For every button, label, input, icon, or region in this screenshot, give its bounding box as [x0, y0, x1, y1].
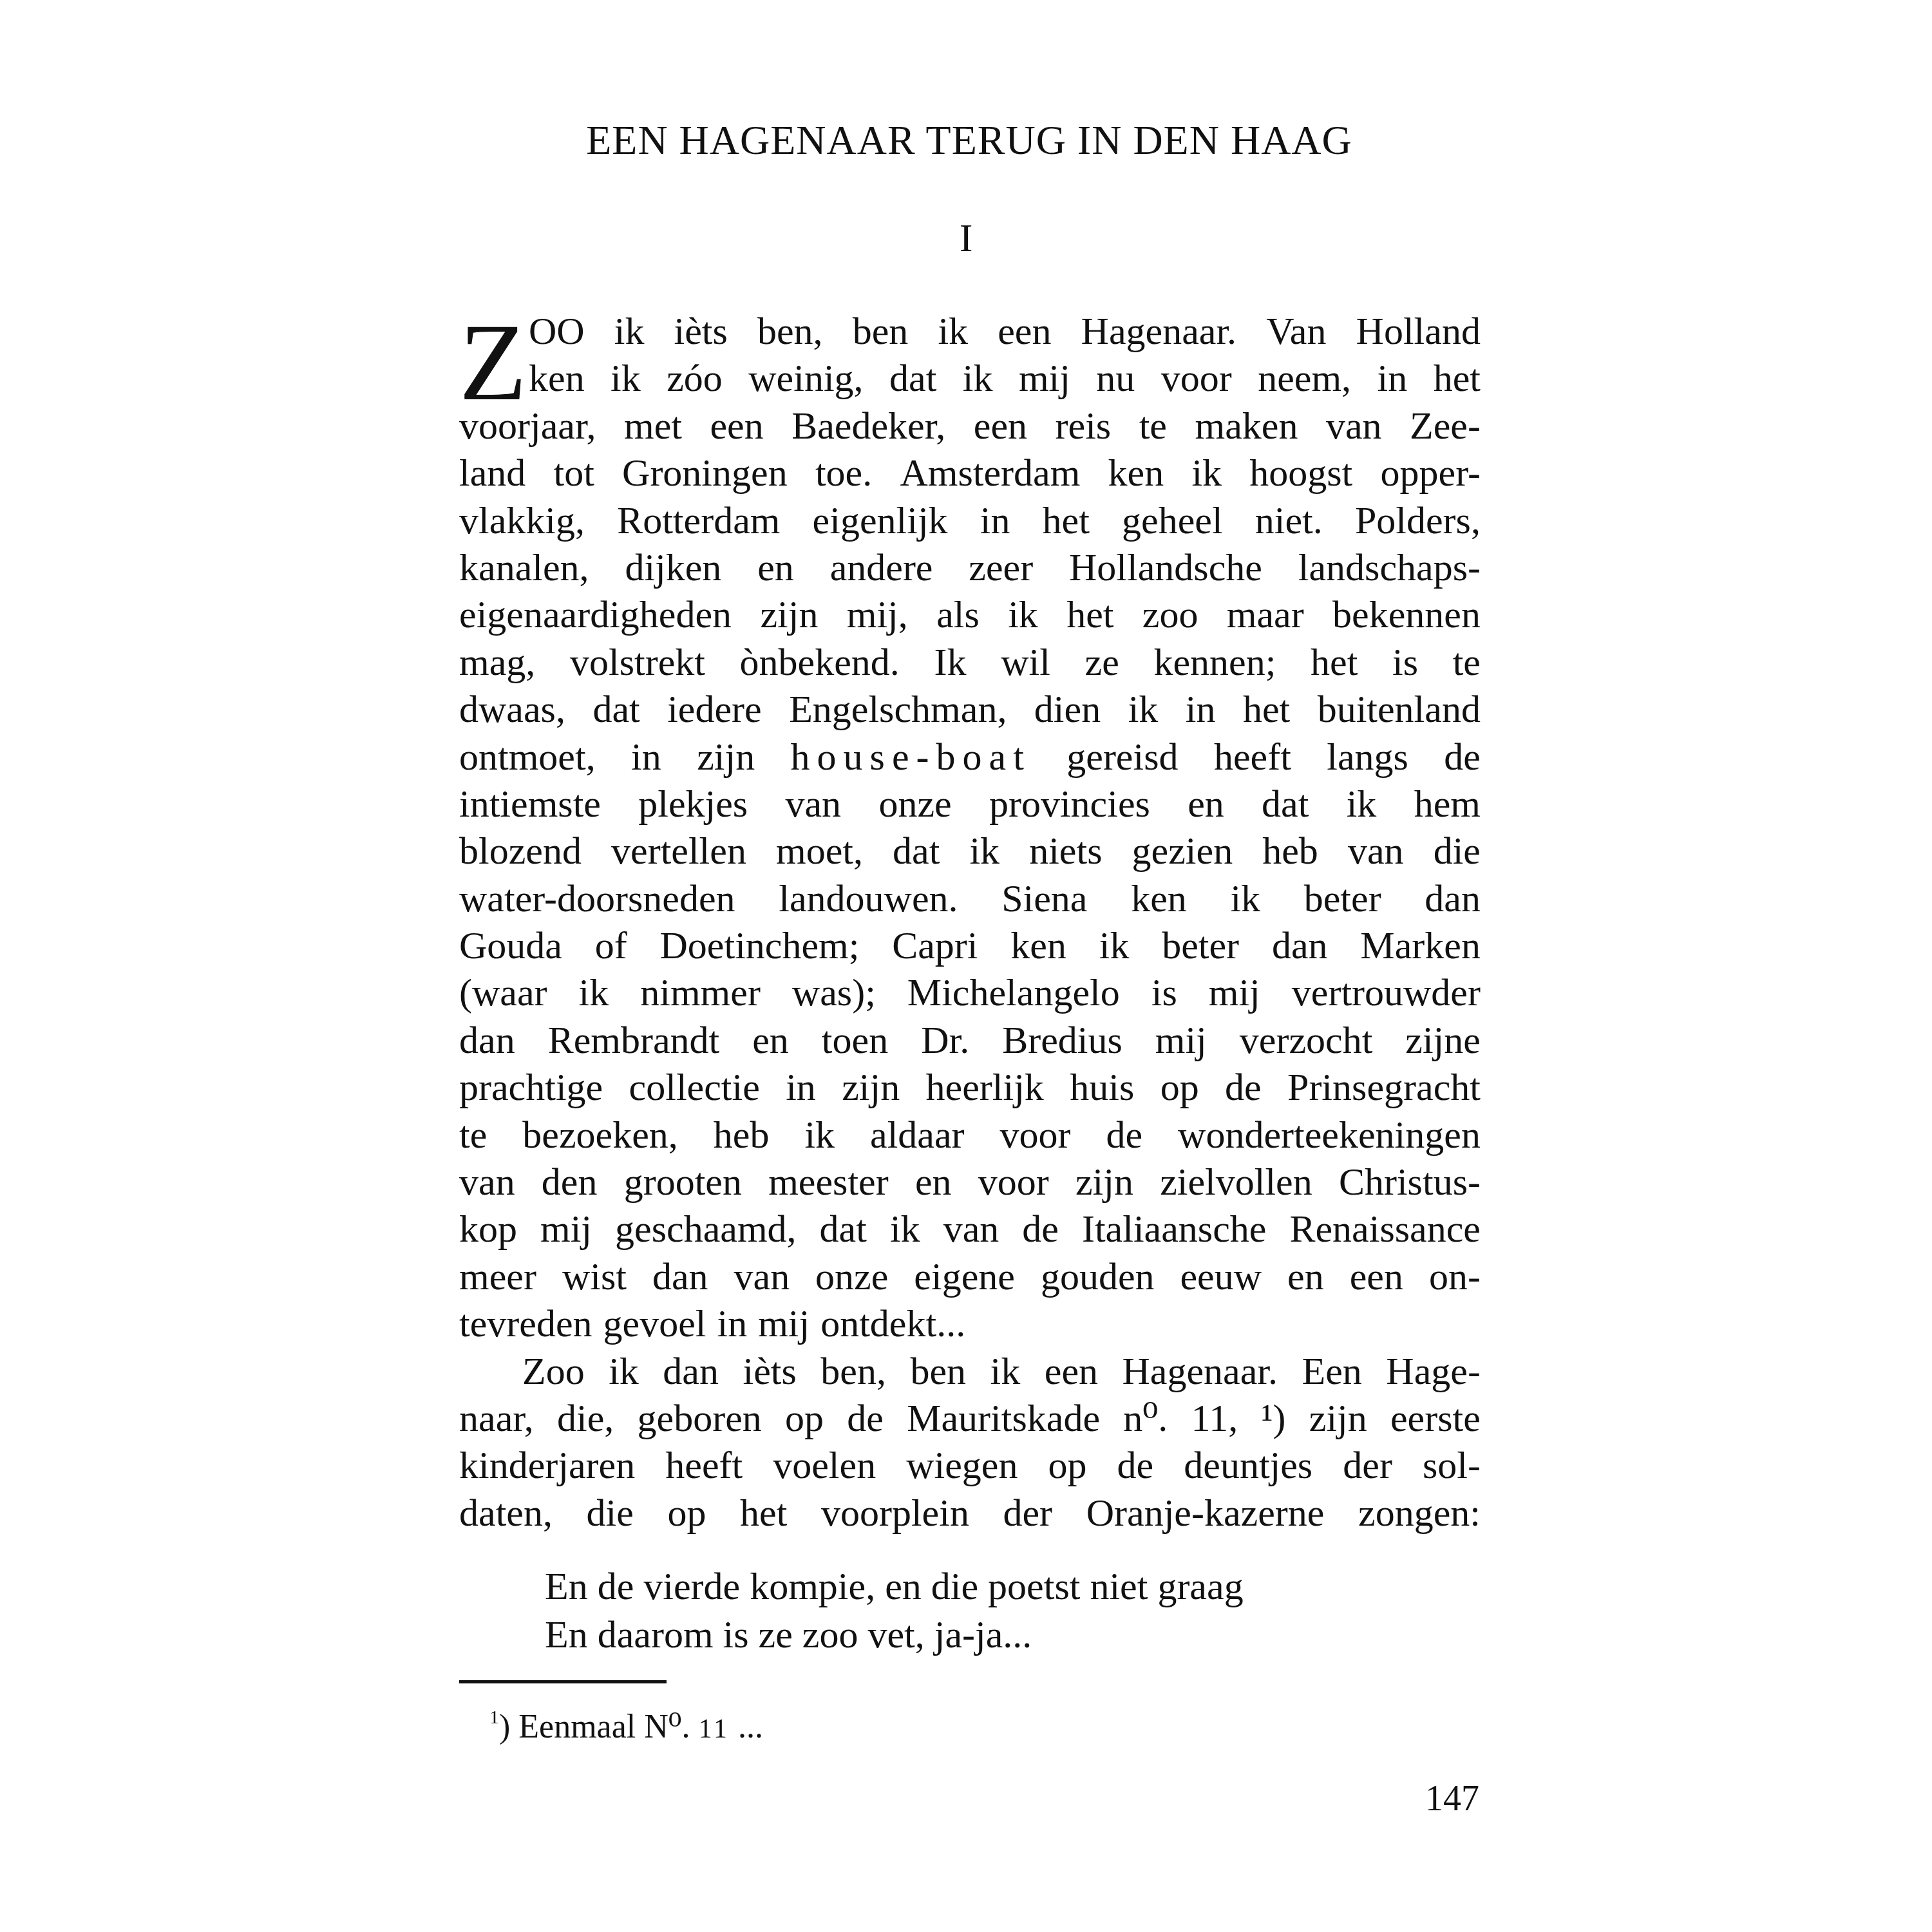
word: ben, [820, 1348, 886, 1395]
word: voorplein [821, 1490, 969, 1537]
word: de [1106, 1112, 1143, 1159]
word: kinderjaren [459, 1442, 635, 1489]
word: ken [1131, 875, 1187, 922]
text-line: blozendvertellenmoet,datiknietsgezienheb… [459, 828, 1481, 875]
song-verse: En de vierde kompie, en die poetst niet … [545, 1562, 1244, 1659]
footnote-marker: 1 [489, 1707, 499, 1728]
word: verzocht [1240, 1017, 1373, 1064]
word: maar [1227, 591, 1304, 638]
word: gouden [1041, 1253, 1155, 1300]
word: het [1311, 639, 1358, 686]
word: dwaas, [459, 686, 565, 733]
word: de [1022, 1206, 1059, 1253]
word: Renaissance [1289, 1206, 1481, 1253]
word: tevreden [459, 1300, 592, 1347]
word: ik [890, 1206, 920, 1253]
word: provincies [989, 781, 1150, 828]
word: wonderteekeningen [1178, 1112, 1481, 1159]
word: Doetinchem; [660, 922, 860, 969]
footnote-divider [459, 1680, 667, 1683]
word: ik [938, 308, 968, 355]
word: andere [830, 544, 933, 591]
word: iedere [667, 686, 762, 733]
word: in [786, 1064, 816, 1111]
word: toen [822, 1017, 888, 1064]
word: zijne [1405, 1017, 1481, 1064]
body-text: OOikiètsben,benikeenHagenaar.VanHollandk… [459, 308, 1481, 1537]
word: Michelangelo [907, 969, 1120, 1016]
word: plekjes [638, 781, 748, 828]
word: met [624, 402, 682, 450]
word: die, [557, 1395, 614, 1442]
word: gezien [1132, 828, 1233, 875]
word: een [998, 308, 1051, 355]
word: moet, [776, 828, 863, 875]
footnote: 1) Eenmaal N⁰. 11 ... [489, 1695, 763, 1752]
page-number: 147 [1391, 1776, 1479, 1821]
word: Amsterdam [900, 450, 1080, 497]
text-line: naar,die,geborenopdeMauritskaden⁰.11,¹)z… [459, 1395, 1481, 1442]
word: zijn [1309, 1395, 1367, 1442]
word: beter [1304, 875, 1381, 922]
word: ik [969, 828, 999, 875]
word: dat [889, 355, 936, 402]
text-line: meerwistdanvanonzeeigenegoudeneeuweneeno… [459, 1253, 1481, 1300]
word: dan [652, 1253, 708, 1300]
word: kop [459, 1206, 517, 1253]
word: heerlijk [926, 1064, 1044, 1111]
word: hem [1414, 781, 1481, 828]
word: Mauritskade [907, 1395, 1100, 1442]
word: het [1434, 355, 1481, 402]
word: dan [663, 1348, 719, 1395]
word: mag, [459, 639, 535, 686]
text-line: GoudaofDoetinchem;CaprikenikbeterdanMark… [459, 922, 1481, 969]
word: reis [1056, 402, 1112, 450]
text-line: voorjaar,meteenBaedeker,eenreistemakenva… [459, 402, 1481, 450]
book-page: EEN HAGENAAR TERUG IN DEN HAAG I Z OOiki… [0, 0, 1932, 1932]
text-line: tebezoeken,hebikaldaarvoordewonderteeken… [459, 1112, 1481, 1159]
word: van [1348, 828, 1404, 875]
word: ik [990, 1348, 1021, 1395]
verse-line: En de vierde kompie, en die poetst niet … [545, 1562, 1244, 1611]
word: eeuw [1180, 1253, 1262, 1300]
word: dat [893, 828, 940, 875]
word: kennen; [1153, 639, 1276, 686]
word: nimmer [640, 969, 761, 1016]
word: het [1066, 591, 1113, 638]
word: heb [714, 1112, 770, 1159]
text-line: OOikiètsben,benikeenHagenaar.VanHolland [459, 308, 1481, 355]
word: te [1139, 402, 1167, 450]
word: ben [853, 308, 909, 355]
word: geheel [1122, 497, 1223, 544]
word: zeer [969, 544, 1033, 591]
word: nu [1096, 355, 1135, 402]
word: onze [815, 1253, 888, 1300]
word: maken [1195, 402, 1298, 450]
word: ¹) [1262, 1395, 1286, 1442]
word: toe. [815, 450, 872, 497]
word: huis [1070, 1064, 1134, 1111]
word: daten, [459, 1490, 553, 1537]
word: voelen [773, 1442, 876, 1489]
word: on- [1429, 1253, 1481, 1300]
word: in [1186, 686, 1216, 733]
text-line: kopmijgeschaamd,datikvandeItaliaanscheRe… [459, 1206, 1481, 1253]
word: die [587, 1490, 634, 1537]
text-line: Zooikdaniètsben,benikeenHagenaar.EenHage… [459, 1348, 1481, 1395]
text-line: dwaas,datiedereEngelschman,dienikinhetbu… [459, 686, 1481, 733]
word: tot [554, 450, 594, 497]
word: en [752, 1017, 789, 1064]
word: niet. [1255, 497, 1323, 544]
word: een [1350, 1253, 1403, 1300]
word: Van [1266, 308, 1326, 355]
word: vertellen [611, 828, 746, 875]
text-line: vandengrootenmeesterenvoorzijnzielvollen… [459, 1159, 1481, 1206]
word: den [542, 1159, 598, 1206]
word: eigene [914, 1253, 1015, 1300]
word: eigenlijk [813, 497, 948, 544]
word: land [459, 450, 526, 497]
word: dien [1034, 686, 1101, 733]
word: is [1392, 639, 1418, 686]
word: voor [1161, 355, 1232, 402]
word: ik [1008, 591, 1038, 638]
text-line: tevredengevoelinmijontdekt... [459, 1300, 1481, 1347]
word: te [459, 1112, 487, 1159]
word: ik [963, 355, 993, 402]
word: het [740, 1490, 787, 1537]
word: niets [1029, 828, 1102, 875]
word: Hagenaar. [1081, 308, 1237, 355]
word: Zoo [522, 1348, 585, 1395]
text-line: danRembrandtentoenDr.Brediusmijverzochtz… [459, 1017, 1481, 1064]
word: dijken [625, 544, 721, 591]
word: Dr. [921, 1017, 969, 1064]
word: dan [459, 1017, 515, 1064]
text-line: daten,dieophetvoorpleinderOranje-kazerne… [459, 1490, 1481, 1537]
text-line: mag,volstrektònbekend.Ikwilzekennen;heti… [459, 639, 1481, 686]
word: Engelschman, [789, 686, 1007, 733]
word: geboren [638, 1395, 762, 1442]
word: van [459, 1159, 515, 1206]
word: sol- [1423, 1442, 1481, 1489]
word: Zee- [1410, 402, 1481, 450]
word: en [757, 544, 794, 591]
word: Hollandsche [1069, 544, 1262, 591]
word: ik [611, 355, 641, 402]
word: heeft [665, 1442, 743, 1489]
word: Italiaansche [1082, 1206, 1267, 1253]
word: landouwen. [779, 875, 958, 922]
word: eerste [1390, 1395, 1481, 1442]
word: meester [768, 1159, 889, 1206]
word: mij [1209, 969, 1260, 1016]
word: ik [1347, 781, 1377, 828]
word: weinig, [748, 355, 863, 402]
text-line: eigenaardighedenzijnmij,alsikhetzoomaarb… [459, 591, 1481, 638]
word: zoo [1142, 591, 1198, 638]
chapter-number: I [0, 213, 1932, 264]
word: Capri [892, 922, 978, 969]
text-line: kinderjarenheeftvoelenwiegenopdedeuntjes… [459, 1442, 1481, 1489]
word: ik [579, 969, 609, 1016]
word: ik [1230, 875, 1260, 922]
word: collectie [629, 1064, 760, 1111]
word: Holland [1356, 308, 1481, 355]
word: een [974, 402, 1027, 450]
word: opper- [1381, 450, 1481, 497]
word: mij [1019, 355, 1070, 402]
word: volstrekt [570, 639, 705, 686]
word: Christus- [1339, 1159, 1481, 1206]
word: buitenland [1318, 686, 1481, 733]
word: ontmoet, [459, 734, 596, 781]
word: dan [1272, 922, 1328, 969]
text-line: landtotGroningentoe.Amsterdamkenikhoogst… [459, 450, 1481, 497]
text-line: prachtigecollectieinzijnheerlijkhuisopde… [459, 1064, 1481, 1111]
word: ontdekt... [820, 1300, 965, 1347]
word: mij [1155, 1017, 1207, 1064]
word: Ik [934, 639, 967, 686]
word: ben, [757, 308, 823, 355]
word: de [1444, 734, 1481, 781]
word: zielvollen [1160, 1159, 1312, 1206]
word: in [980, 497, 1010, 544]
word: beter [1162, 922, 1239, 969]
word: wist [562, 1253, 627, 1300]
word: Marken [1360, 922, 1481, 969]
verse-line: En daarom is ze zoo vet, ja-ja... [545, 1611, 1244, 1659]
word: Rotterdam [617, 497, 780, 544]
text-line: intiemsteplekjesvanonzeprovinciesendatik… [459, 781, 1481, 828]
word: prachtige [459, 1064, 603, 1111]
word: van [1326, 402, 1382, 450]
word: de [1225, 1064, 1262, 1111]
word: wiegen [906, 1442, 1018, 1489]
word: mij [758, 1300, 810, 1347]
word: der [1003, 1490, 1052, 1537]
word: in [717, 1300, 747, 1347]
word: grooten [624, 1159, 742, 1206]
word: gereisd [1066, 734, 1178, 781]
word: bezoeken, [522, 1112, 678, 1159]
word: Oranje-kazerne [1086, 1490, 1325, 1537]
word: Bredius [1002, 1017, 1122, 1064]
word: voor [1000, 1112, 1071, 1159]
word: dat [592, 686, 639, 733]
word: op [1048, 1442, 1087, 1489]
word: als [936, 591, 980, 638]
text-line: kanalen,dijkenenanderezeerHollandschelan… [459, 544, 1481, 591]
word: in [631, 734, 661, 781]
word: Prinsegracht [1287, 1064, 1481, 1111]
page-title: EEN HAGENAAR TERUG IN DEN HAAG [0, 115, 1932, 166]
word: zóo [667, 355, 723, 402]
word: of [595, 922, 627, 969]
word: van [943, 1206, 999, 1253]
word: OO [529, 308, 585, 355]
word: mij, [847, 591, 908, 638]
word: Hage- [1386, 1348, 1481, 1395]
word: ben [910, 1348, 966, 1395]
word: landschaps- [1298, 544, 1481, 591]
word: aldaar [870, 1112, 965, 1159]
word: te [1453, 639, 1481, 686]
word: water-doorsneden [459, 875, 735, 922]
word: n⁰. [1123, 1395, 1168, 1442]
word: dan [1425, 875, 1481, 922]
word: op [785, 1395, 824, 1442]
word: ken [529, 355, 585, 402]
text-line: kenikzóoweinig,datikmijnuvoorneem,inhet [459, 355, 1481, 402]
word: ièts [743, 1348, 796, 1395]
word: ik [609, 1348, 639, 1395]
text-line: water-doorsnedenlandouwen.Sienakenikbete… [459, 875, 1481, 922]
word: in [1378, 355, 1408, 402]
word: hoogst [1249, 450, 1352, 497]
word: intiemste [459, 781, 601, 828]
word: deuntjes [1184, 1442, 1312, 1489]
word: wil [1001, 639, 1050, 686]
word: op [667, 1490, 706, 1537]
word: blozend [459, 828, 582, 875]
word: 11, [1191, 1395, 1238, 1442]
word: Baedeker, [791, 402, 945, 450]
text-line: ontmoet,inzijnhouse-boatgereisdheeftlang… [459, 734, 1481, 781]
word: zijn [697, 734, 755, 781]
word: de [1117, 1442, 1154, 1489]
word: ik [614, 308, 645, 355]
word: het [1043, 497, 1090, 544]
word: mij [540, 1206, 592, 1253]
word: vlakkig, [459, 497, 585, 544]
word: ònbekend. [740, 639, 900, 686]
word: ièts [674, 308, 728, 355]
text-line: vlakkig,Rotterdameigenlijkinhetgeheelnie… [459, 497, 1481, 544]
word: Hagenaar. [1122, 1348, 1278, 1395]
word: en [915, 1159, 952, 1206]
word: een [1045, 1348, 1098, 1395]
word: meer [459, 1253, 536, 1300]
word: van [734, 1253, 790, 1300]
word: zijn [760, 591, 818, 638]
word: der [1343, 1442, 1392, 1489]
word: eigenaardigheden [459, 591, 732, 638]
word: ken [1010, 922, 1066, 969]
word: kanalen, [459, 544, 589, 591]
word: en [1287, 1253, 1324, 1300]
word: Siena [1001, 875, 1087, 922]
word: house-boat [791, 734, 1031, 781]
word: het [1243, 686, 1290, 733]
word: van [785, 781, 841, 828]
word: op [1160, 1064, 1199, 1111]
word: ik [1128, 686, 1159, 733]
word: heb [1262, 828, 1318, 875]
word: bekennen [1332, 591, 1481, 638]
word: vertrouwder [1292, 969, 1481, 1016]
word: neem, [1258, 355, 1351, 402]
word: dat [1262, 781, 1309, 828]
footnote-number: 11 [699, 1714, 730, 1744]
word: is [1151, 969, 1177, 1016]
word: Gouda [459, 922, 562, 969]
word: voor [978, 1159, 1049, 1206]
word: heeft [1214, 734, 1291, 781]
word: zongen: [1358, 1490, 1481, 1537]
word: ik [1099, 922, 1130, 969]
word: gevoel [603, 1300, 706, 1347]
word: was); [792, 969, 876, 1016]
word: naar, [459, 1395, 534, 1442]
word: ken [1108, 450, 1164, 497]
word: Groningen [622, 450, 788, 497]
footnote-text: ) Eenmaal N⁰. [499, 1709, 699, 1745]
word: ik [804, 1112, 835, 1159]
text-line: (waariknimmerwas);Michelangeloismijvertr… [459, 969, 1481, 1016]
word: dat [820, 1206, 867, 1253]
word: ze [1085, 639, 1119, 686]
word: een [710, 402, 763, 450]
word: de [847, 1395, 884, 1442]
word: Rembrandt [548, 1017, 720, 1064]
word: zijn [842, 1064, 900, 1111]
word: onze [878, 781, 951, 828]
footnote-ellipsis: ... [730, 1709, 763, 1745]
word: zijn [1075, 1159, 1133, 1206]
word: Polders, [1355, 497, 1481, 544]
word: langs [1327, 734, 1408, 781]
word: voorjaar, [459, 402, 596, 450]
word: (waar [459, 969, 547, 1016]
word: geschaamd, [615, 1206, 797, 1253]
word: ik [1191, 450, 1222, 497]
word: die [1434, 828, 1481, 875]
word: Een [1302, 1348, 1362, 1395]
word: en [1188, 781, 1224, 828]
